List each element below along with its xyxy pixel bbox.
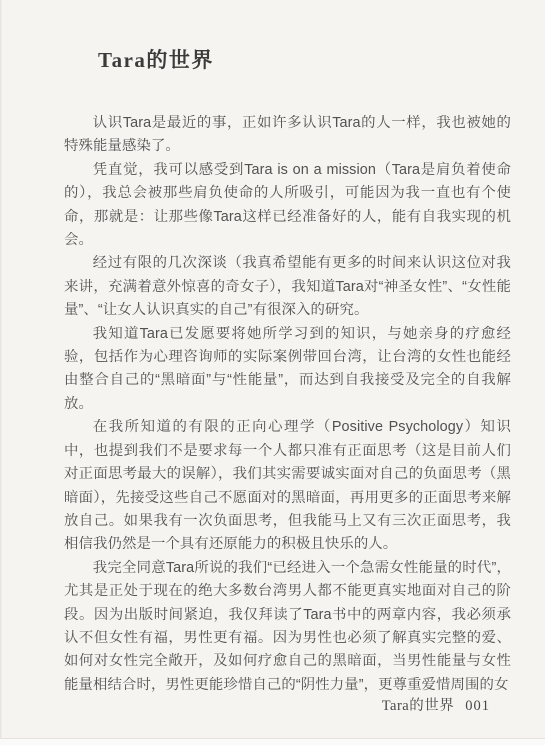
paragraph-4: 我知道Tara已发愿要将她所学习到的知识，与她亲身的疗愈经验，包括作为心理咨询师…	[64, 323, 511, 417]
footer-page-number: 001	[465, 698, 490, 714]
book-page: Tara的世界 认识Tara是最近的事，正如许多认识Tara的人一样，我也被她的…	[0, 0, 545, 745]
footer-book-title: Tara的世界	[382, 698, 455, 714]
chapter-title: Tara的世界	[98, 44, 214, 74]
scan-bottom-edge	[0, 738, 545, 745]
scan-left-edge	[0, 0, 2, 745]
paragraph-1: 认识Tara是最近的事，正如许多认识Tara的人一样，我也被她的特殊能量感染了。	[64, 112, 511, 159]
paragraph-6: 我完全同意Tara所说的我们“已经进入一个急需女性能量的时代”，尤其是正处于现在…	[64, 557, 511, 697]
paragraph-3: 经过有限的几次深谈（我真希望能有更多的时间来认识这位对我来讲，充满着意外惊喜的奇…	[64, 252, 511, 322]
paragraph-2: 凭直觉，我可以感受到Tara is on a mission（Tara是肩负着使…	[64, 159, 511, 253]
chapter-body: 认识Tara是最近的事，正如许多认识Tara的人一样，我也被她的特殊能量感染了。…	[64, 112, 511, 697]
paragraph-5: 在我所知道的有限的正向心理学（Positive Psychology）知识中，也…	[64, 416, 511, 556]
page-footer: Tara的世界001	[382, 694, 490, 715]
